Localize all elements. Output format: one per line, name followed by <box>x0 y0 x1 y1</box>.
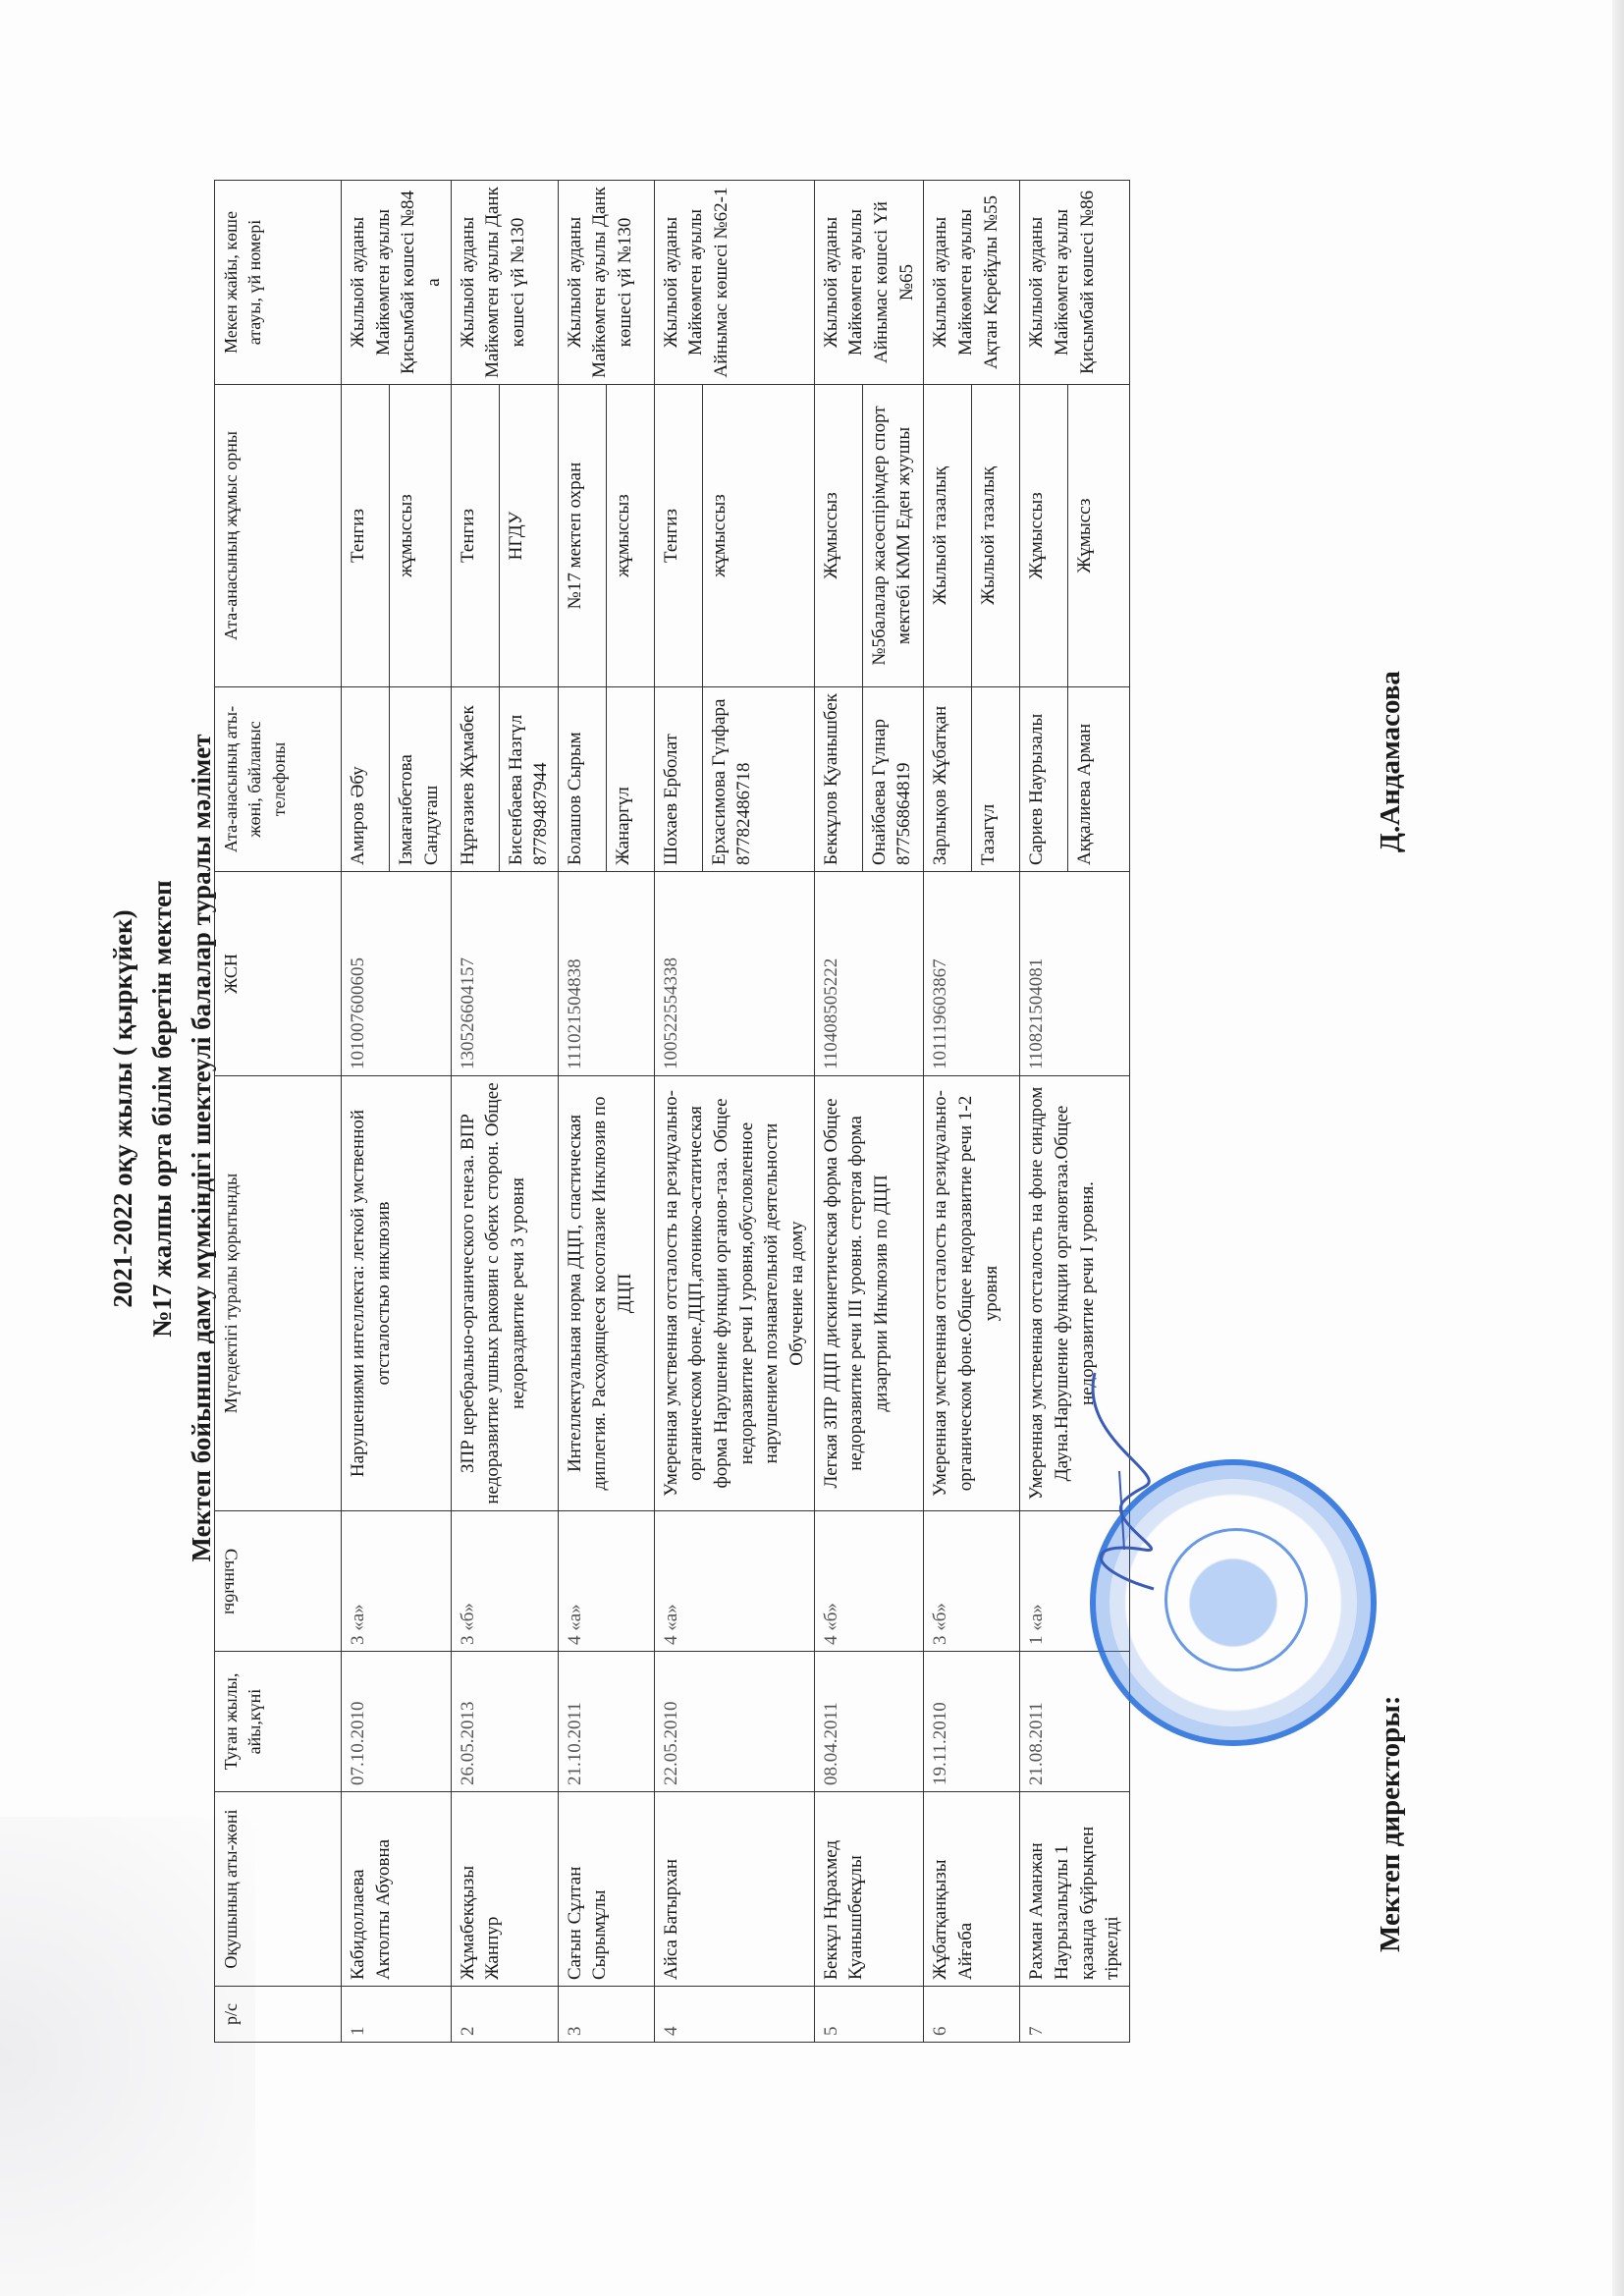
birth-date: 07.10.2010 <box>342 1652 452 1792</box>
table-header-row: р/с Оқушының аты-жөні Туған жылы, айы,кү… <box>215 181 342 2043</box>
diagnosis: Нарушениями интеллекта: легкой умственно… <box>342 1076 452 1511</box>
parent-name: Жанаргүл <box>607 687 654 871</box>
parents-job-cell: Тенгизжұмыссыз <box>342 385 452 687</box>
parent-job: №17 мектеп охран <box>559 385 607 686</box>
parent-name: Онайбаева Гүлнар 87756864819 <box>863 687 921 871</box>
header-class: Сыныбы <box>215 1511 342 1652</box>
table-row: 2Жұмабекқызы Жанпур26.05.20133 «б»ЗПР це… <box>451 181 558 2043</box>
header-iin: ЖСН <box>215 872 342 1076</box>
row-number: 7 <box>1020 1987 1130 2043</box>
table-row: 3Сағын Сұлтан Сырымұлы21.10.20114 «а»Инт… <box>558 181 654 2043</box>
parent-name: Нұрғазиев Жұмабек <box>452 687 500 871</box>
iin: 110821504081 <box>1020 872 1130 1076</box>
class-name: 3 «б» <box>451 1511 558 1652</box>
parent-job: №5балалар жасөспірімдер спорт мектебі КМ… <box>863 385 921 686</box>
parents-cell: Сариев НаурызалыАққалиева Арман <box>1020 687 1130 872</box>
title-subject: Мектеп бойынша даму мүмкіндігі шектеулі … <box>187 0 217 2296</box>
student-name: Сағын Сұлтан Сырымұлы <box>558 1792 654 1987</box>
iin: 110408505222 <box>814 872 924 1076</box>
student-name: Айса Батырхан <box>654 1792 814 1987</box>
row-number: 4 <box>654 1987 814 2043</box>
class-name: 4 «б» <box>814 1511 924 1652</box>
table-row: 1Кабидоллаева Актолты Абуовна07.10.20103… <box>342 181 452 2043</box>
student-name: Рахман Аманжан Наурызалыұлы 1 қазанда бұ… <box>1020 1792 1130 1987</box>
header-name: Оқушының аты-жөні <box>215 1792 342 1987</box>
iin: 101119603867 <box>924 872 1020 1076</box>
parents-cell: Амиров ӘбуІзмағанбетова Сандуғаш <box>342 687 452 872</box>
iin: 130526604157 <box>451 872 558 1076</box>
parent-name: Тазагүл <box>972 687 1019 871</box>
parent-job: Жылыой тазалық <box>924 385 972 686</box>
parents-job-cell: №17 мектеп охранжұмыссыз <box>558 385 654 687</box>
parent-name: Ізмағанбетова Сандуғаш <box>390 687 448 871</box>
diagnosis: ЗПР церебрально-органического генеза. ВП… <box>451 1076 558 1511</box>
title-school: №17 жалпы орта білім беретін мектеп <box>147 0 178 2257</box>
parent-job: Тенгиз <box>452 385 500 686</box>
director-name: Д.Андамасова <box>1375 671 1407 852</box>
parents-job-cell: Тенгизжұмыссыз <box>654 385 814 687</box>
row-number: 5 <box>814 1987 924 2043</box>
student-name: Жұмабекқызы Жанпур <box>451 1792 558 1987</box>
diagnosis: Умеренная умственная отсталость на резид… <box>924 1076 1020 1511</box>
parent-job: Жұмыссз <box>1068 385 1115 686</box>
parents-job-cell: Жылыой тазалықЖылыой тазалық <box>924 385 1020 687</box>
scanned-page: 2021-2022 оқу жылы ( қыркүйек) №17 жалпы… <box>0 0 1624 2296</box>
parent-name: Сариев Наурызалы <box>1020 687 1068 871</box>
parent-name: Ерхасимова Гүлфара 87782486718 <box>703 687 761 871</box>
table-row: 7Рахман Аманжан Наурызалыұлы 1 қазанда б… <box>1020 181 1130 2043</box>
director-label: Мектеп директоры: <box>1375 1695 1407 1952</box>
birth-date: 22.05.2010 <box>654 1652 814 1792</box>
parent-name: Аққалиева Арман <box>1068 687 1115 871</box>
class-name: 3 «а» <box>342 1511 452 1652</box>
birth-date: 19.11.2010 <box>924 1652 1020 1792</box>
row-number: 3 <box>558 1987 654 2043</box>
address: Жылыой ауданы Майкөмген ауылы Ақтан Кере… <box>924 181 1020 385</box>
student-name: Беккұл Нұрахмед Қуанышбекұлы <box>814 1792 924 1987</box>
parents-job-cell: Жұмыссыз№5балалар жасөспірімдер спорт ме… <box>814 385 924 687</box>
parent-job: Тенгиз <box>655 385 703 686</box>
parent-job: Жұмыссыз <box>1020 385 1068 686</box>
table-row: 6Жұбатқанқызы Айғаба19.11.20103 «б»Умере… <box>924 181 1020 2043</box>
parent-job: жұмыссыз <box>390 385 437 686</box>
birth-date: 21.10.2011 <box>558 1652 654 1792</box>
parent-name: Болашов Сырым <box>559 687 607 871</box>
director-signature <box>1065 1353 1183 1609</box>
address: Жылыой ауданы Майкөмген ауылы Қисымбай к… <box>1020 181 1130 385</box>
row-number: 1 <box>342 1987 452 2043</box>
class-name: 4 «а» <box>558 1511 654 1652</box>
student-name: Кабидоллаева Актолты Абуовна <box>342 1792 452 1987</box>
header-diagnosis: Мүгедектігі туралы қорытынды <box>215 1076 342 1511</box>
parents-job-cell: ЖұмыссызЖұмыссз <box>1020 385 1130 687</box>
address: Жылыой ауданы Майкөмген ауылы Данк көшес… <box>558 181 654 385</box>
parent-name: Бисенбаева Назгүл 87789487944 <box>500 687 558 871</box>
title-year: 2021-2022 оқу жылы ( қыркүйек) <box>108 0 138 2257</box>
parent-job: Жұмыссыз <box>815 385 863 686</box>
parent-job: НГДУ <box>500 385 547 686</box>
row-number: 2 <box>451 1987 558 2043</box>
header-address: Мекен жайы, көше атауы, үй номері <box>215 181 342 385</box>
header-job: Ата-анасының жұмыс орны <box>215 385 342 687</box>
header-dob: Туған жылы, айы,күні <box>215 1652 342 1792</box>
parent-name: Зарлықов Жұбатқан <box>924 687 972 871</box>
diagnosis: Легкая ЗПР ДЦП дискинетическая форма Общ… <box>814 1076 924 1511</box>
parent-job: Жылыой тазалық <box>972 385 1019 686</box>
header-parents: Ата-анасының аты-жөні, байланыс телефоны <box>215 687 342 872</box>
diagnosis: Умеренная умственная отсталость на резид… <box>654 1076 814 1511</box>
address: Жылыой ауданы Майкөмген ауылы Қисымбай к… <box>342 181 452 385</box>
class-name: 3 «б» <box>924 1511 1020 1652</box>
parent-name: Шохаев Ерболат <box>655 687 703 871</box>
header-num: р/с <box>215 1987 342 2043</box>
parents-job-cell: ТенгизНГДУ <box>451 385 558 687</box>
birth-date: 26.05.2013 <box>451 1652 558 1792</box>
parents-cell: Нұрғазиев ЖұмабекБисенбаева Назгүл 87789… <box>451 687 558 872</box>
address: Жылыой ауданы Майкөмген ауылы Данк көшес… <box>451 181 558 385</box>
parents-cell: Шохаев ЕрболатЕрхасимова Гүлфара 8778248… <box>654 687 814 872</box>
table-body: 1Кабидоллаева Актолты Абуовна07.10.20103… <box>342 181 1130 2043</box>
stamp-emblem <box>1164 1528 1308 1671</box>
students-table: р/с Оқушының аты-жөні Туған жылы, айы,кү… <box>214 180 1130 2043</box>
iin: 101007600605 <box>342 872 452 1076</box>
iin: 111021504838 <box>558 872 654 1076</box>
row-number: 6 <box>924 1987 1020 2043</box>
address: Жылыой ауданы Майкөмген ауылы Айнымас кө… <box>814 181 924 385</box>
rotated-sheet: 2021-2022 оқу жылы ( қыркүйек) №17 жалпы… <box>0 0 1624 2296</box>
parent-name: Беккұлов Қуанышбек <box>815 687 863 871</box>
parents-cell: Беккұлов ҚуанышбекОнайбаева Гүлнар 87756… <box>814 687 924 872</box>
parent-job: жұмыссыз <box>703 385 750 686</box>
parent-name: Амиров Әбу <box>342 687 390 871</box>
parents-cell: Зарлықов ЖұбатқанТазагүл <box>924 687 1020 872</box>
student-name: Жұбатқанқызы Айғаба <box>924 1792 1020 1987</box>
address: Жылыой ауданы Майкөмген ауылы Айнымас кө… <box>654 181 814 385</box>
table-row: 5Беккұл Нұрахмед Қуанышбекұлы08.04.20114… <box>814 181 924 2043</box>
table-row: 4Айса Батырхан22.05.20104 «а»Умеренная у… <box>654 181 814 2043</box>
diagnosis: Интеллектуальная норма ДЦП, спастическая… <box>558 1076 654 1511</box>
birth-date: 08.04.2011 <box>814 1652 924 1792</box>
parents-cell: Болашов СырымЖанаргүл <box>558 687 654 872</box>
iin: 100522554338 <box>654 872 814 1076</box>
parent-job: жұмыссыз <box>607 385 654 686</box>
parent-job: Тенгиз <box>342 385 390 686</box>
class-name: 4 «а» <box>654 1511 814 1652</box>
header-class-label: Сыныбы <box>219 1548 243 1613</box>
